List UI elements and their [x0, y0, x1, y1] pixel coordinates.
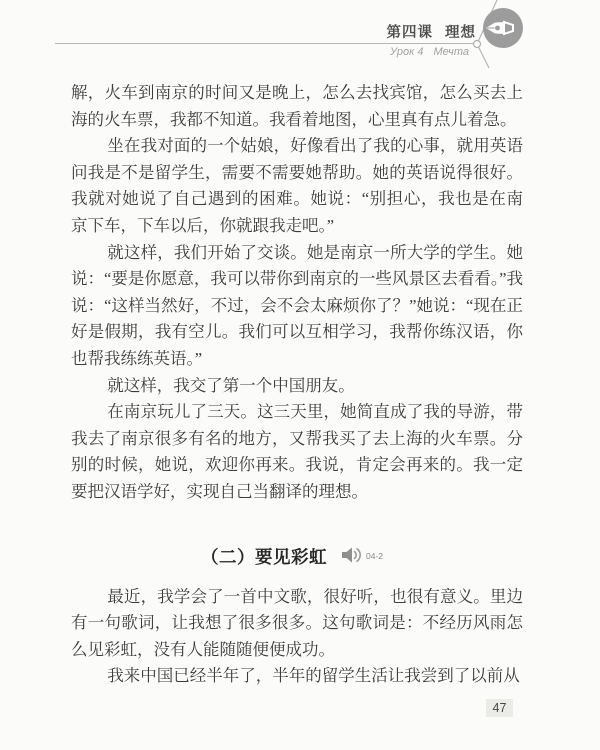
paragraph: 最近，我学会了一首中文歌，很好听，也很有意义。里边有一句歌词，让我想了很多很多。…	[71, 584, 523, 664]
paragraph: 就这样，我们开始了交谈。她是南京一所大学的学生。她说：“要是你愿意，我可以带你到…	[71, 240, 523, 373]
lesson-number-ru: Урок 4	[390, 46, 424, 58]
node-circle	[474, 41, 481, 48]
paragraph-continuation: 解，火车到南京的时间又是晚上，怎么去找宾馆，怎么买去上海的火车票，我都不知道。我…	[71, 80, 523, 133]
pen-nib-icon	[483, 8, 523, 48]
lesson-number-zh: 第四课	[387, 25, 434, 41]
paragraph: 就这样，我交了第一个中国朋友。	[71, 373, 523, 400]
textbook-page: 第四课理想 Урок 4Мечта 解，火车到南京的时间又是晚上，怎么去找宾馆，…	[0, 0, 600, 750]
audio-track-label: 04-2	[366, 544, 383, 568]
speaker-icon	[341, 546, 363, 564]
section-heading: （二）要见彩虹 04-2	[201, 545, 523, 569]
lesson-title-ru: Урок 4Мечта	[390, 46, 469, 58]
page-number: 47	[486, 699, 513, 717]
header-decoration	[460, 0, 600, 80]
paragraph: 我来中国已经半年了，半年的留学生活让我尝到了以前从	[71, 663, 523, 690]
paragraph: 坐在我对面的一个姑娘，好像看出了我的心事，就用英语问我是不是留学生，需要不需要她…	[71, 133, 523, 239]
header-rule	[55, 43, 475, 44]
section-heading-text: （二）要见彩虹	[201, 545, 327, 569]
lesson-text: 解，火车到南京的时间又是晚上，怎么去找宾馆，怎么买去上海的火车票，我都不知道。我…	[71, 80, 523, 690]
paragraph: 在南京玩儿了三天。这三天里，她简直成了我的导游，带我去了南京很多有名的地方，又帮…	[71, 399, 523, 505]
